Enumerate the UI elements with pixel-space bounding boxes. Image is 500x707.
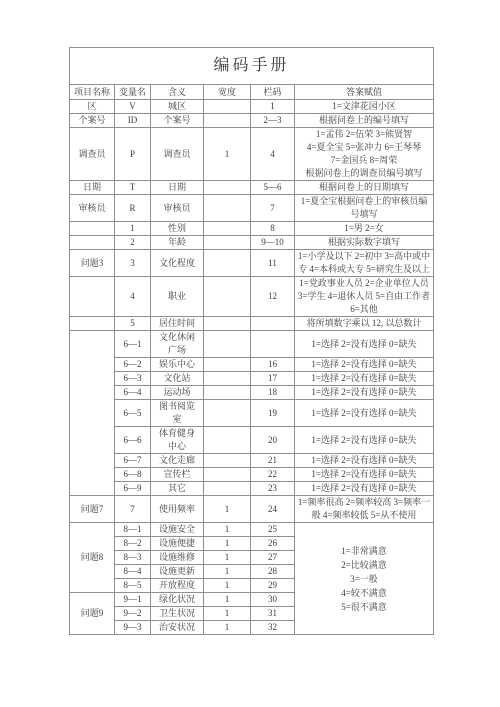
- table-cell: [204, 386, 251, 400]
- table-cell: 调查员: [151, 128, 204, 181]
- table-cell: 个案号: [70, 114, 115, 128]
- table-cell: 审核员: [151, 195, 204, 222]
- table-cell: [204, 427, 251, 454]
- table-row: 审核员R审核员71=夏全宝根据问卷上的审核员编号填写: [70, 195, 434, 222]
- table-cell: 5—6: [251, 181, 295, 195]
- table-cell: ID: [115, 114, 151, 128]
- table-cell: [70, 222, 115, 236]
- table-cell: [204, 181, 251, 195]
- table-row: 6—2娱乐中心161=选择 2=没有选择 0=缺失: [70, 358, 434, 372]
- table-row: 6—8宣传栏221=选择 2=没有选择 0=缺失: [70, 468, 434, 482]
- table-row: 个案号ID个案号2—3根据问卷上的编号填写: [70, 114, 434, 128]
- table-cell: [204, 100, 251, 114]
- table-cell: 1=选择 2=没有选择 0=缺失: [295, 386, 434, 400]
- table-cell: 1=选择 2=没有选择 0=缺失: [295, 482, 434, 496]
- table-cell: 6—1: [115, 331, 151, 358]
- table-cell: 1: [204, 523, 251, 537]
- table-row: 问题88—1设施安全1251=非常满意2=比较满意3=一般4=较不满意5=很不满…: [70, 523, 434, 537]
- table-row: 6—3文化站171=选择 2=没有选择 0=缺失: [70, 372, 434, 386]
- table-cell: 开放程度: [151, 579, 204, 593]
- table-cell: 23: [251, 482, 295, 496]
- table-row: 6—1文化休闲广场1=选择 2=没有选择 0=缺失: [70, 331, 434, 358]
- column-header: 变量名: [115, 85, 151, 100]
- table-cell: 25: [251, 523, 295, 537]
- table-cell: 24: [251, 496, 295, 523]
- table-cell: 1=选择 2=没有选择 0=缺失: [295, 358, 434, 372]
- table-cell: 问题3: [70, 250, 115, 277]
- table-cell: 6—3: [115, 372, 151, 386]
- table-cell: 1: [204, 579, 251, 593]
- table-cell: 文化休闲广场: [151, 331, 204, 358]
- table-row: 6—7文化走廊211=选择 2=没有选择 0=缺失: [70, 454, 434, 468]
- table-cell: 1=选择 2=没有选择 0=缺失: [295, 427, 434, 454]
- column-header: 项目名称: [70, 85, 115, 100]
- table-cell: 27: [251, 551, 295, 565]
- table-cell: 文化站: [151, 372, 204, 386]
- table-cell: 其它: [151, 482, 204, 496]
- group-label-cell: 问题8: [70, 523, 115, 593]
- table-cell: 根据问卷上的日期填写: [295, 181, 434, 195]
- table-cell: 29: [251, 579, 295, 593]
- table-cell: 1=夏全宝根据问卷上的审核员编号填写: [295, 195, 434, 222]
- table-cell: 1=频率很高 2=频率较高 3=频率一般 4=频率较低 5=从不使用: [295, 496, 434, 523]
- table-cell: 文化走廊: [151, 454, 204, 468]
- table-cell: [204, 400, 251, 427]
- table-cell: 图书阅览室: [151, 400, 204, 427]
- table-cell: 日期: [70, 181, 115, 195]
- table-cell: 1=男 2=女: [295, 222, 434, 236]
- table-cell: 1: [204, 496, 251, 523]
- table-cell: 1=选择 2=没有选择 0=缺失: [295, 400, 434, 427]
- table-cell: 区: [70, 100, 115, 114]
- table-cell: 治安状况: [151, 621, 204, 635]
- table-cell: 1: [204, 128, 251, 181]
- table-row: 5居住时间将所填数字乘以 12, 以总数计: [70, 317, 434, 331]
- table-cell: [204, 222, 251, 236]
- table-cell: 8: [251, 222, 295, 236]
- table-row: 6—4运动场181=选择 2=没有选择 0=缺失: [70, 386, 434, 400]
- table-cell: 设施更新: [151, 565, 204, 579]
- table-cell: [204, 114, 251, 128]
- title-row: 编码手册: [70, 48, 434, 85]
- table-cell: 7: [115, 496, 151, 523]
- table-cell: 1: [251, 100, 295, 114]
- table-cell: 根据问卷上的编号填写: [295, 114, 434, 128]
- table-cell: 职业: [151, 277, 204, 317]
- table-cell: 居住时间: [151, 317, 204, 331]
- table-cell: 8—5: [115, 579, 151, 593]
- table-cell: 1: [204, 551, 251, 565]
- table-row: 日期T日期5—6根据问卷上的日期填写: [70, 181, 434, 195]
- table-cell: 1=文津花园小区: [295, 100, 434, 114]
- table-cell: 2—3: [251, 114, 295, 128]
- table-cell: 19: [251, 400, 295, 427]
- table-cell: 1: [204, 565, 251, 579]
- table-cell: [204, 358, 251, 372]
- table-cell: 4: [115, 277, 151, 317]
- table-cell: 5: [115, 317, 151, 331]
- table-cell: 1=孟伟 2=伍荣 3=熊贤智4=夏全宝 5=张冲力 6=王琴琴7=金国兵 8=…: [295, 128, 434, 181]
- table-cell: 文化程度: [151, 250, 204, 277]
- table-cell: 8—4: [115, 565, 151, 579]
- table-cell: 娱乐中心: [151, 358, 204, 372]
- table-cell: 6—8: [115, 468, 151, 482]
- table-cell: 城区: [151, 100, 204, 114]
- column-header: 宽度: [204, 85, 251, 100]
- table-row: 2年龄9—10根据实际数字填写: [70, 236, 434, 250]
- table-cell: 31: [251, 607, 295, 621]
- column-header: 答案赋值: [295, 85, 434, 100]
- table-cell: [204, 331, 251, 358]
- table-cell: 8—3: [115, 551, 151, 565]
- table-cell: 4: [251, 128, 295, 181]
- table-cell: 年龄: [151, 236, 204, 250]
- table-cell: [204, 250, 251, 277]
- group-label-cell: 问题9: [70, 593, 115, 635]
- table-cell: 3: [115, 250, 151, 277]
- header-row: 项目名称变量名含义宽度栏码答案赋值: [70, 85, 434, 100]
- table-cell: [204, 317, 251, 331]
- table-cell: 使用频率: [151, 496, 204, 523]
- table-cell: [204, 236, 251, 250]
- table-row: 6—9其它231=选择 2=没有选择 0=缺失: [70, 482, 434, 496]
- table-cell: 1: [204, 593, 251, 607]
- table-cell: 7: [251, 195, 295, 222]
- table-cell: 28: [251, 565, 295, 579]
- table-cell: [204, 372, 251, 386]
- table-cell: 12: [251, 277, 295, 317]
- table-cell: 26: [251, 537, 295, 551]
- table-cell: 设施便捷: [151, 537, 204, 551]
- table-cell: P: [115, 128, 151, 181]
- table-row: 6—6体育健身中心201=选择 2=没有选择 0=缺失: [70, 427, 434, 454]
- table-cell: 1=选择 2=没有选择 0=缺失: [295, 454, 434, 468]
- table-row: 4职业121=党政事业人员 2=企业单位人员 3=学生 4=退休人员 5=自由工…: [70, 277, 434, 317]
- table-cell: 30: [251, 593, 295, 607]
- table-cell: 1=选择 2=没有选择 0=缺失: [295, 468, 434, 482]
- table-cell: V: [115, 100, 151, 114]
- table-cell: 8—1: [115, 523, 151, 537]
- table-cell: 1=小学及以下 2=初中 3=高中或中专 4=本科或大专 5=研究生及以上: [295, 250, 434, 277]
- table-cell: 6—5: [115, 400, 151, 427]
- table-cell: 6—7: [115, 454, 151, 468]
- table-cell: 6—9: [115, 482, 151, 496]
- table-row: 问题77使用频率1241=频率很高 2=频率较高 3=频率一般 4=频率较低 5…: [70, 496, 434, 523]
- table-cell: [70, 277, 115, 317]
- table-cell: [70, 317, 115, 331]
- table-row: 6—5图书阅览室191=选择 2=没有选择 0=缺失: [70, 400, 434, 427]
- table-cell: 体育健身中心: [151, 427, 204, 454]
- table-cell: 21: [251, 454, 295, 468]
- table-cell: 设施维修: [151, 551, 204, 565]
- table-cell: [251, 317, 295, 331]
- table-cell: 卫生状况: [151, 607, 204, 621]
- table-cell: 运动场: [151, 386, 204, 400]
- table-row: 1性别81=男 2=女: [70, 222, 434, 236]
- table-cell: 性别: [151, 222, 204, 236]
- table-cell: 9—10: [251, 236, 295, 250]
- table-cell: 调查员: [70, 128, 115, 181]
- table-cell: 1: [204, 607, 251, 621]
- table-cell: T: [115, 181, 151, 195]
- table-cell: 9—2: [115, 607, 151, 621]
- table-cell: 22: [251, 468, 295, 482]
- table-cell: 9—1: [115, 593, 151, 607]
- table-cell: 1: [204, 621, 251, 635]
- table-cell: 18: [251, 386, 295, 400]
- table-row: 问题33文化程度111=小学及以下 2=初中 3=高中或中专 4=本科或大专 5…: [70, 250, 434, 277]
- table-cell: 日期: [151, 181, 204, 195]
- coding-manual-table: 编码手册 项目名称变量名含义宽度栏码答案赋值 区V城区11=文津花园小区个案号I…: [69, 47, 434, 635]
- table-cell: 6—2: [115, 358, 151, 372]
- table-cell: 审核员: [70, 195, 115, 222]
- table-cell: [204, 195, 251, 222]
- table-cell: 11: [251, 250, 295, 277]
- table-cell: 2: [115, 236, 151, 250]
- table-cell: 8—2: [115, 537, 151, 551]
- table-cell: 将所填数字乘以 12, 以总数计: [295, 317, 434, 331]
- table-cell: 6—4: [115, 386, 151, 400]
- table-row: 调查员P调查员141=孟伟 2=伍荣 3=熊贤智4=夏全宝 5=张冲力 6=王琴…: [70, 128, 434, 181]
- column-header: 栏码: [251, 85, 295, 100]
- table-cell: [70, 236, 115, 250]
- table-cell: 绿化状况: [151, 593, 204, 607]
- column-header: 含义: [151, 85, 204, 100]
- page-title: 编码手册: [70, 48, 434, 85]
- table-cell: 1=选择 2=没有选择 0=缺失: [295, 372, 434, 386]
- table-cell: 宣传栏: [151, 468, 204, 482]
- table-cell: 20: [251, 427, 295, 454]
- answer-cell: 1=非常满意2=比较满意3=一般4=较不满意5=很不满意: [295, 523, 434, 635]
- table-cell: 个案号: [151, 114, 204, 128]
- table-cell: 1=选择 2=没有选择 0=缺失: [295, 331, 434, 358]
- table-cell: 根据实际数字填写: [295, 236, 434, 250]
- table-cell: 1: [115, 222, 151, 236]
- table-cell: [70, 331, 115, 496]
- table-body: 区V城区11=文津花园小区个案号ID个案号2—3根据问卷上的编号填写调查员P调查…: [70, 100, 434, 635]
- table-cell: [251, 331, 295, 358]
- table-cell: 1: [204, 537, 251, 551]
- table-cell: 6—6: [115, 427, 151, 454]
- scanned-document-page: 编码手册 项目名称变量名含义宽度栏码答案赋值 区V城区11=文津花园小区个案号I…: [0, 0, 500, 707]
- table-cell: 1=党政事业人员 2=企业单位人员 3=学生 4=退休人员 5=自由工作者 6=…: [295, 277, 434, 317]
- table-row: 区V城区11=文津花园小区: [70, 100, 434, 114]
- table-cell: [204, 482, 251, 496]
- table-cell: 9—3: [115, 621, 151, 635]
- table-cell: R: [115, 195, 151, 222]
- table-cell: [204, 454, 251, 468]
- table-cell: 16: [251, 358, 295, 372]
- table-cell: [204, 468, 251, 482]
- table-cell: 设施安全: [151, 523, 204, 537]
- table-cell: [204, 277, 251, 317]
- table-cell: 32: [251, 621, 295, 635]
- table-cell: 17: [251, 372, 295, 386]
- table-cell: 问题7: [70, 496, 115, 523]
